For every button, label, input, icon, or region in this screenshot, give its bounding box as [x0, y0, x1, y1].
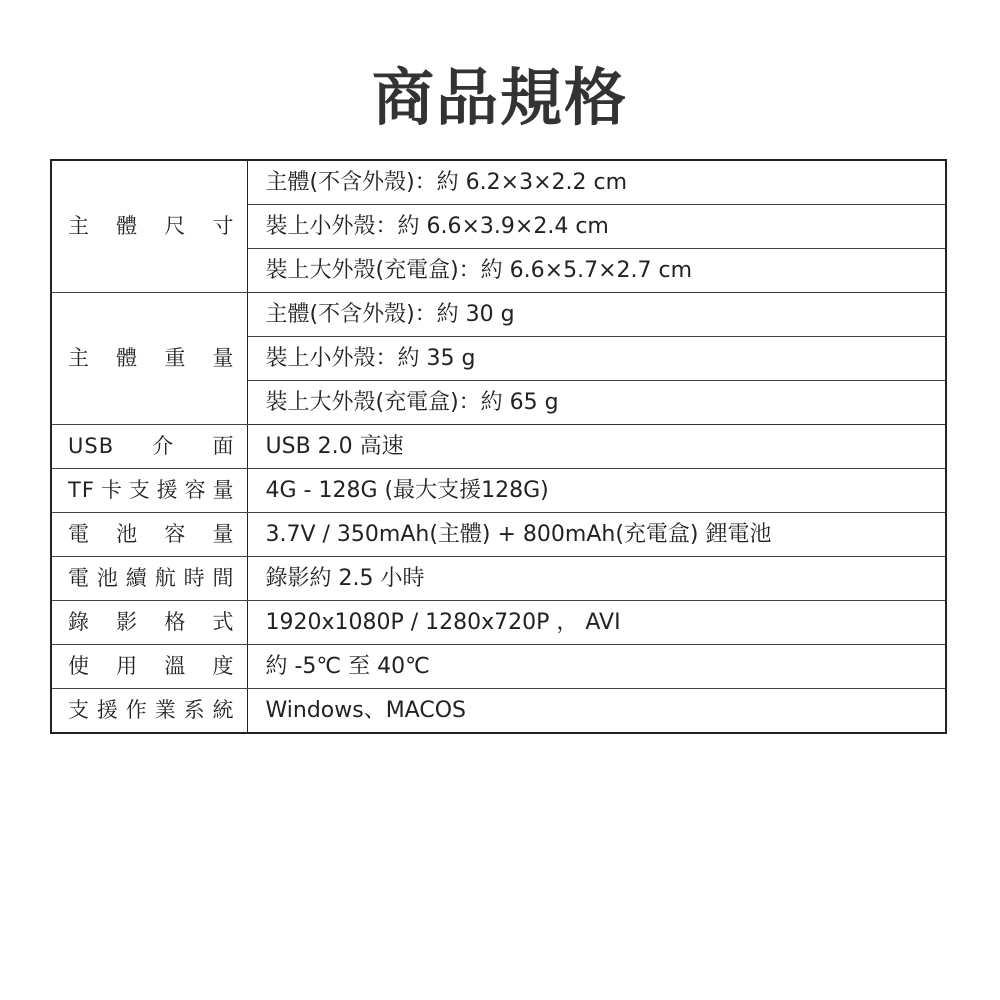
spec-row-weight-1: 主體重量 主體(不含外殼)：約 30 g — [51, 293, 946, 337]
spec-value-video-format: 1920x1080P / 1280x720P ， AVI — [247, 601, 946, 645]
spec-value-weight-body: 主體(不含外殼)：約 30 g — [247, 293, 946, 337]
spec-row-os: 支援作業系統 Windows、MACOS — [51, 689, 946, 734]
spec-value-weight-small-case: 裝上小外殼：約 35 g — [247, 337, 946, 381]
spec-label-battery-capacity: 電池容量 — [51, 513, 247, 557]
spec-value-os: Windows、MACOS — [247, 689, 946, 734]
spec-value-dimensions-large-case: 裝上大外殼(充電盒)：約 6.6×5.7×2.7 cm — [247, 249, 946, 293]
spec-value-usb: USB 2.0 高速 — [247, 425, 946, 469]
spec-label-battery-life: 電池續航時間 — [51, 557, 247, 601]
spec-label-video-format: 錄影格式 — [51, 601, 247, 645]
spec-label-tf-card: TF卡支援容量 — [51, 469, 247, 513]
spec-label-weight: 主體重量 — [51, 293, 247, 425]
page-title: 商品規格 — [0, 56, 1000, 140]
spec-label-temperature: 使用溫度 — [51, 645, 247, 689]
spec-value-tf-card: 4G - 128G (最大支援128G) — [247, 469, 946, 513]
spec-label-dimensions: 主體尺寸 — [51, 160, 247, 293]
spec-label-os: 支援作業系統 — [51, 689, 247, 734]
spec-value-temperature: 約 -5℃ 至 40℃ — [247, 645, 946, 689]
spec-row-temperature: 使用溫度 約 -5℃ 至 40℃ — [51, 645, 946, 689]
spec-row-video-format: 錄影格式 1920x1080P / 1280x720P ， AVI — [51, 601, 946, 645]
spec-table: 主體尺寸 主體(不含外殼)：約 6.2×3×2.2 cm 裝上小外殼：約 6.6… — [50, 159, 947, 734]
spec-label-usb: USB介面 — [51, 425, 247, 469]
spec-row-dimensions-1: 主體尺寸 主體(不含外殼)：約 6.2×3×2.2 cm — [51, 160, 946, 205]
spec-value-weight-large-case: 裝上大外殼(充電盒)：約 65 g — [247, 381, 946, 425]
spec-value-dimensions-small-case: 裝上小外殼：約 6.6×3.9×2.4 cm — [247, 205, 946, 249]
spec-value-battery-life: 錄影約 2.5 小時 — [247, 557, 946, 601]
spec-row-battery-life: 電池續航時間 錄影約 2.5 小時 — [51, 557, 946, 601]
spec-value-dimensions-body: 主體(不含外殼)：約 6.2×3×2.2 cm — [247, 160, 946, 205]
spec-row-usb: USB介面 USB 2.0 高速 — [51, 425, 946, 469]
spec-row-battery-capacity: 電池容量 3.7V / 350mAh(主體) + 800mAh(充電盒) 鋰電池 — [51, 513, 946, 557]
spec-value-battery-capacity: 3.7V / 350mAh(主體) + 800mAh(充電盒) 鋰電池 — [247, 513, 946, 557]
spec-row-tf-card: TF卡支援容量 4G - 128G (最大支援128G) — [51, 469, 946, 513]
